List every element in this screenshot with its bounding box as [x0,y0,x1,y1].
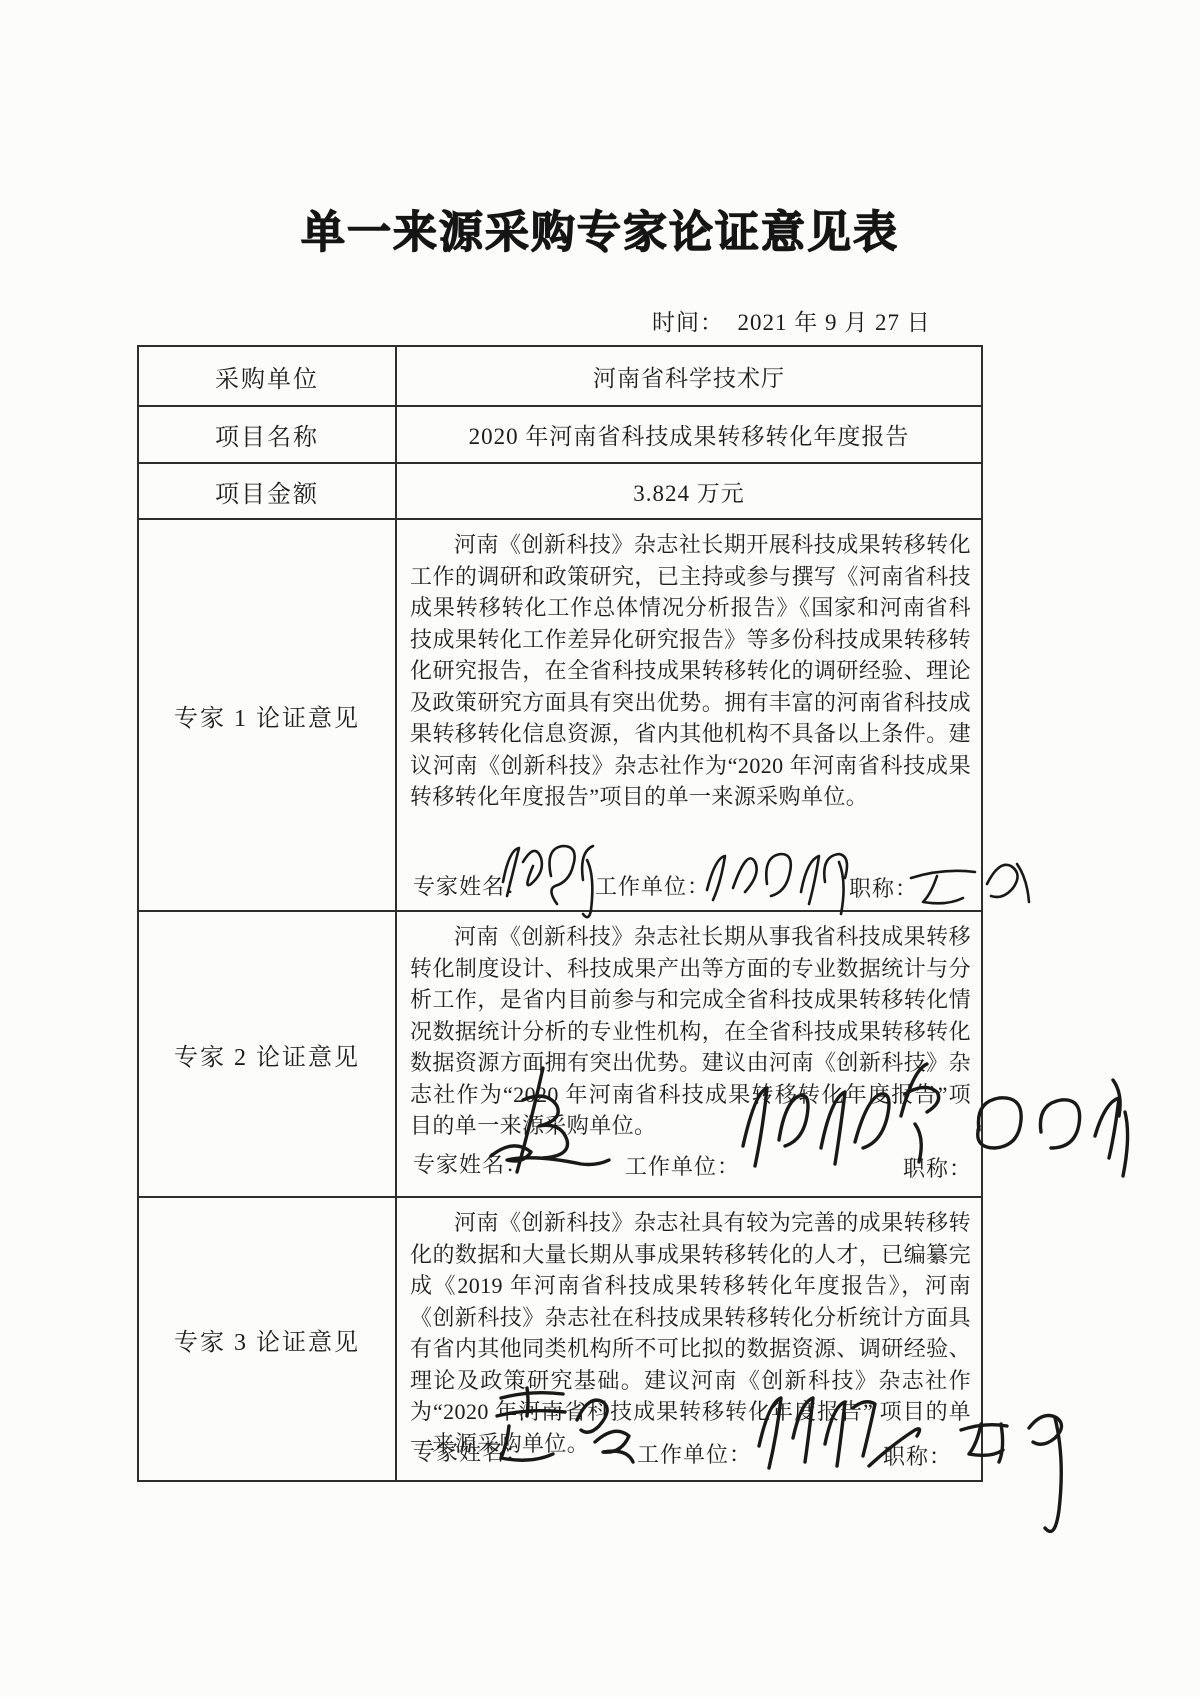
expert1-opinion-cell: 河南《创新科技》杂志社长期开展科技成果转移转化工作的调研和政策研究，已主持或参与… [397,520,981,910]
table-row-expert2: 专家 2 论证意见 河南《创新科技》杂志社长期从事我省科技成果转移转化制度设计、… [139,910,981,1196]
expert2-row-label: 专家 2 论证意见 [139,912,397,1196]
row-value-purchasing-unit: 河南省科学技术厅 [397,347,981,405]
expert3-title-signature [947,1394,1087,1564]
expert1-opinion-text: 河南《创新科技》杂志社长期开展科技成果转移转化工作的调研和政策研究，已主持或参与… [410,529,971,813]
table-row: 项目名称 2020 年河南省科技成果转移转化年度报告 [139,405,981,462]
expert1-org-label: 工作单位： [595,870,710,901]
opinion-form-table: 采购单位 河南省科学技术厅 项目名称 2020 年河南省科技成果转移转化年度报告… [137,345,983,1482]
expert3-org-signature [741,1378,923,1500]
row-value-project-name: 2020 年河南省科技成果转移转化年度报告 [397,407,981,462]
table-row-expert3: 专家 3 论证意见 河南《创新科技》杂志社具有较为完善的成果转移转化的数据和大量… [139,1196,981,1480]
scanned-form-page: 单一来源采购专家论证意见表 时间： 2021 年 9 月 27 日 采购单位 河… [0,0,1200,1697]
expert1-title-signature [905,848,1031,908]
expert2-name-signature [477,1060,617,1186]
expert2-org-label: 工作单位： [625,1150,740,1181]
expert1-org-signature [697,838,853,922]
expert1-row-label: 专家 1 论证意见 [139,520,397,910]
expert3-title-label: 职称： [883,1440,952,1471]
expert3-row-label: 专家 3 论证意见 [139,1198,397,1480]
table-row: 采购单位 河南省科学技术厅 [139,347,981,405]
page-title: 单一来源采购专家论证意见表 [0,196,1200,260]
expert1-name-signature [489,832,601,924]
table-row: 项目金额 3.824 万元 [139,462,981,518]
row-label-project-amount: 项目金额 [139,464,397,518]
expert3-name-signature [477,1380,635,1476]
expert3-opinion-cell: 河南《创新科技》杂志社具有较为完善的成果转移转化的数据和大量长期从事成果转移转化… [397,1198,981,1480]
row-label-purchasing-unit: 采购单位 [139,347,397,405]
row-value-project-amount: 3.824 万元 [397,464,981,518]
expert2-title-signature [953,1072,1133,1182]
table-row-expert1: 专家 1 论证意见 河南《创新科技》杂志社长期开展科技成果转移转化工作的调研和政… [139,518,981,910]
expert2-opinion-cell: 河南《创新科技》杂志社长期从事我省科技成果转移转化制度设计、科技成果产出等方面的… [397,912,981,1196]
expert3-org-label: 工作单位： [637,1438,752,1469]
date-line: 时间： 2021 年 9 月 27 日 [652,304,931,337]
row-label-project-name: 项目名称 [139,407,397,462]
